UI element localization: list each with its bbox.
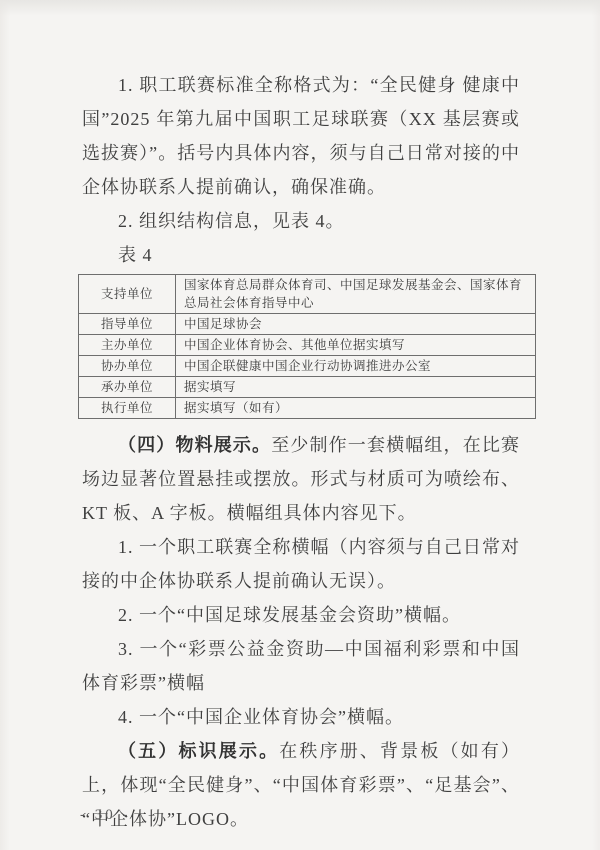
banner-item-2: 2. 一个“中国足球发展基金会资助”横幅。 bbox=[82, 598, 520, 632]
paragraph-logo-display: （五）标识展示。在秩序册、背景板（如有）上，体现“全民健身”、“中国体育彩票”、… bbox=[82, 734, 520, 836]
table-row: 指导单位 中国足球协会 bbox=[79, 314, 536, 335]
row-value: 中国足球协会 bbox=[176, 314, 536, 335]
banner-item-3: 3. 一个“彩票公益金资助—中国福利彩票和中国体育彩票”横幅 bbox=[82, 632, 520, 700]
page-number: - 30 - bbox=[80, 807, 131, 824]
section-heading-materials: （四）物料展示。 bbox=[118, 435, 271, 455]
row-label: 协办单位 bbox=[79, 356, 176, 377]
document-body: 1. 职工联赛标准全称格式为：“全民健身 健康中国”2025 年第九届中国职工足… bbox=[82, 68, 520, 836]
row-label: 主办单位 bbox=[79, 335, 176, 356]
paragraph-org-structure: 2. 组织结构信息，见表 4。 bbox=[82, 204, 520, 238]
banner-item-4: 4. 一个“中国企业体育协会”横幅。 bbox=[82, 700, 520, 734]
table-caption: 表 4 bbox=[82, 238, 520, 272]
row-value: 据实填写 bbox=[176, 377, 536, 398]
row-label: 支持单位 bbox=[79, 275, 176, 314]
section-heading-logos: （五）标识展示。 bbox=[118, 741, 279, 761]
table-row: 支持单位 国家体育总局群众体育司、中国足球发展基金会、国家体育总局社会体育指导中… bbox=[79, 275, 536, 314]
banner-item-1: 1. 一个职工联赛全称横幅（内容须与自己日常对接的中企体协联系人提前确认无误）。 bbox=[82, 530, 520, 598]
row-value: 中国企联健康中国企业行动协调推进办公室 bbox=[176, 356, 536, 377]
row-value: 国家体育总局群众体育司、中国足球发展基金会、国家体育总局社会体育指导中心 bbox=[176, 275, 536, 314]
row-value: 中国企业体育协会、其他单位据实填写 bbox=[176, 335, 536, 356]
paragraph-materials-display: （四）物料展示。至少制作一套横幅组，在比赛场边显著位置悬挂或摆放。形式与材质可为… bbox=[82, 428, 520, 530]
org-structure-table: 支持单位 国家体育总局群众体育司、中国足球发展基金会、国家体育总局社会体育指导中… bbox=[78, 274, 536, 419]
row-label: 指导单位 bbox=[79, 314, 176, 335]
table-row: 协办单位 中国企联健康中国企业行动协调推进办公室 bbox=[79, 356, 536, 377]
row-label: 执行单位 bbox=[79, 398, 176, 419]
table-row: 主办单位 中国企业体育协会、其他单位据实填写 bbox=[79, 335, 536, 356]
row-value: 据实填写（如有） bbox=[176, 398, 536, 419]
table-row: 执行单位 据实填写（如有） bbox=[79, 398, 536, 419]
row-label: 承办单位 bbox=[79, 377, 176, 398]
paragraph-league-name: 1. 职工联赛标准全称格式为：“全民健身 健康中国”2025 年第九届中国职工足… bbox=[82, 68, 520, 204]
document-page: 1. 职工联赛标准全称格式为：“全民健身 健康中国”2025 年第九届中国职工足… bbox=[0, 0, 600, 850]
table-row: 承办单位 据实填写 bbox=[79, 377, 536, 398]
